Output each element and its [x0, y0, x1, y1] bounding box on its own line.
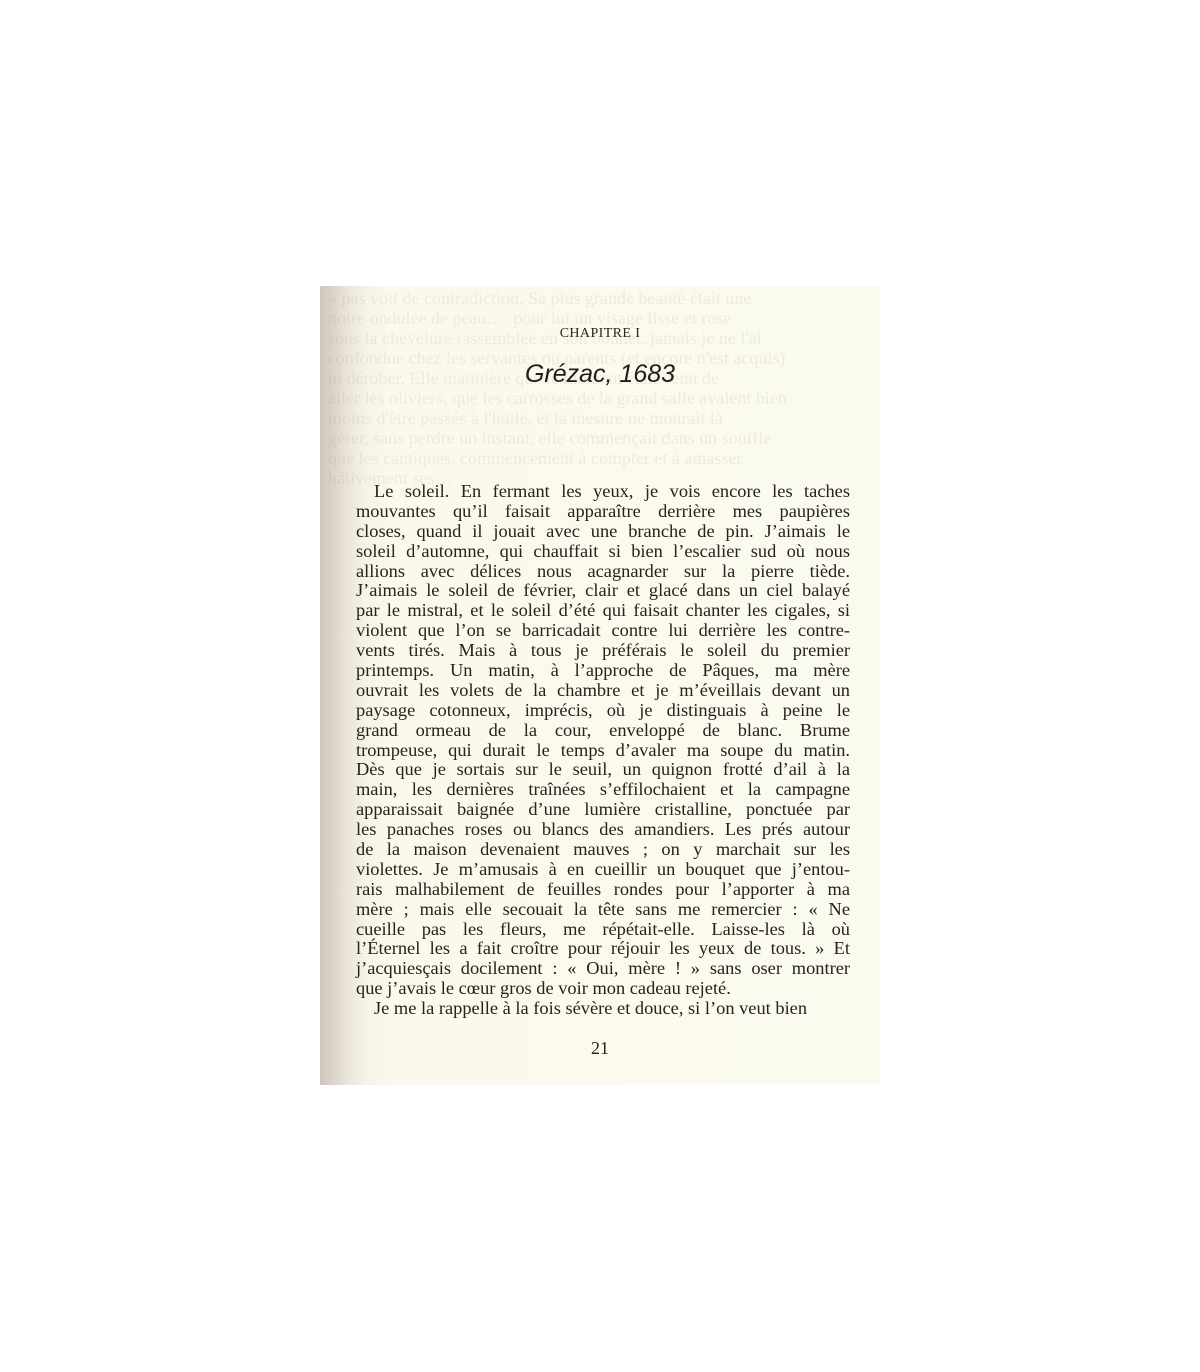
book-page: « pas voit de contradiction. Sa plus gra…	[320, 286, 880, 1085]
text-line: soleil d’automne, qui chauffait si bien …	[356, 542, 850, 562]
text-line: cueille pas les fleurs, me répétait-elle…	[356, 920, 850, 940]
chapter-label: CHAPITRE I	[320, 326, 880, 342]
text-line: paysage cotonneux, imprécis, où je disti…	[356, 701, 850, 721]
text-line: vents tirés. Mais à tous je préférais le…	[356, 641, 850, 661]
bleed-line: noire ondulée de peau… pour lui un visag…	[328, 308, 872, 328]
text-line: closes, quand il jouait avec une branche…	[356, 522, 850, 542]
text-line: j’acquiesçais docilement : « Oui, mère !…	[356, 959, 850, 979]
text-line: Je me la rappelle à la fois sévère et do…	[356, 999, 850, 1019]
bleed-line: moins d'être passés à l'huile, et la mes…	[328, 408, 872, 428]
text-line: J’aimais le soleil de février, clair et …	[356, 581, 850, 601]
text-line: mère ; mais elle secouait la tête sans m…	[356, 900, 850, 920]
text-line: rais malhabilement de feuilles rondes po…	[356, 880, 850, 900]
bleed-line: « pas voit de contradiction. Sa plus gra…	[328, 288, 872, 308]
text-line: main, les dernières traînées s’effilocha…	[356, 780, 850, 800]
text-line: apparaissait baignée d’une lumière crist…	[356, 800, 850, 820]
bleed-line: aller les oliviers, que les carrosses de…	[328, 388, 872, 408]
text-line: les panaches roses ou blancs des amandie…	[356, 820, 850, 840]
text-line: violent que l’on se barricadait contre l…	[356, 621, 850, 641]
text-line: printemps. Un matin, à l’approche de Pâq…	[356, 661, 850, 681]
bleed-line: que les cantiques, commencement à compte…	[328, 448, 872, 468]
text-line: ouvrait les volets de la chambre et je m…	[356, 681, 850, 701]
chapter-title: Grézac, 1683	[320, 360, 880, 389]
text-line: trompeuse, qui durait le temps d’avaler …	[356, 741, 850, 761]
bleed-through-text: « pas voit de contradiction. Sa plus gra…	[328, 288, 872, 498]
text-line: Dès que je sortais sur le seuil, un quig…	[356, 760, 850, 780]
bleed-line: gérer, sans perdre un instant, elle comm…	[328, 428, 872, 448]
text-line: de la maison devenaient mauves ; on y ma…	[356, 840, 850, 860]
text-line: mouvantes qu’il faisait apparaître derri…	[356, 502, 850, 522]
text-line: par le mistral, et le soleil d’été qui f…	[356, 601, 850, 621]
text-line: l’Éternel les a fait croître pour réjoui…	[356, 939, 850, 959]
text-line: que j’avais le cœur gros de voir mon cad…	[356, 979, 850, 999]
body-text: Le soleil. En fermant les yeux, je vois …	[356, 482, 850, 1019]
text-line: violettes. Je m’amusais à en cueillir un…	[356, 860, 850, 880]
text-line: grand ormeau de la cour, enveloppé de bl…	[356, 721, 850, 741]
text-line: allions avec délices nous acagnarder sur…	[356, 562, 850, 582]
text-line: Le soleil. En fermant les yeux, je vois …	[356, 482, 850, 502]
page-number: 21	[320, 1038, 880, 1059]
